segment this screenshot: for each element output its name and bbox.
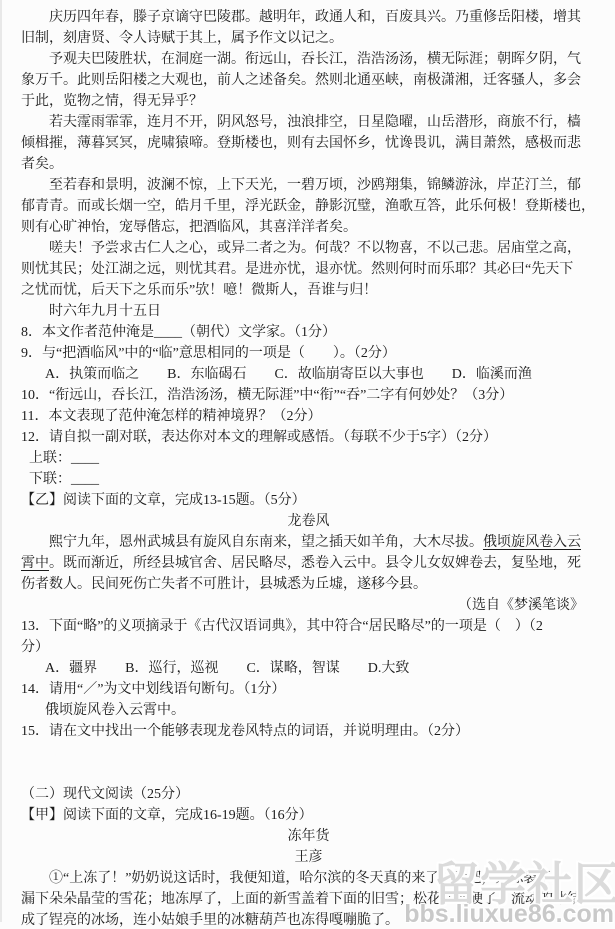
source-attribution: （选自《梦溪笔谈》 [21,595,596,616]
passage-line: 象万千。此则岳阳楼之大观也，前人之述备矣。然则北通巫峡，南极潇湘，迁客骚人，多会 [21,70,596,91]
question-14-quote: 俄顷旋风卷入云霄中。 [21,700,596,721]
question-12: 12．请自拟一副对联，表达你对本文的理解或感悟。（每联不少于5字）（2分） [21,427,596,448]
question-10: 10．“衔远山，吞长江，浩浩汤汤，横无际涯”中“衔”“吞”二字有何妙处？（3分） [21,385,596,406]
passage-line: 旧制，刻唐贤、令人诗赋于其上，属予作文以记之。 [21,28,596,49]
blank-spacer [21,742,596,763]
question-8: 8．本文作者范仲淹是____（朝代）文学家。（1分） [21,322,596,343]
section-c-header: （二）现代文阅读（25分） [21,784,596,805]
question-14: 14．请用“／”为文中划线语句断句。（1分） [21,679,596,700]
passage-line: 至若春和景明，波澜不惊，上下天光，一碧万顷，沙鸥翔集，锦鳞游泳，岸芷汀兰，郁 [21,175,596,196]
passage-date-line: 时六年九月十五日 [21,301,596,322]
question-13-options: A．疆界 B．巡行，巡视 C．谋略，智谋 D.大致 [21,658,596,679]
passage-line: 郁青青。而或长烟一空，皓月千里，浮光跃金，静影沉璧，渔歌互答，此乐何极！登斯楼也… [21,196,596,217]
passage-text: 。既而渐近，所经县城官舍、居民略尽，悉卷入云中。县令儿女奴婢卷去，复坠地，死 [49,556,581,571]
passage-line: 伤者数人。民间死伤亡失者不可胜计，县城悉为丘墟，遂移今县。 [21,574,596,595]
passage-line: 霄中。既而渐近，所经县城官舍、居民略尽，悉卷入云中。县令儿女奴婢卷去，复坠地，死 [21,553,596,574]
exam-page: 庆历四年春，滕子京谪守巴陵郡。越明年，政通人和，百废具兴。乃重修岳阳楼，增其 旧… [0,0,615,922]
question-9: 9．与“把酒临风”中的“临”意思相同的一项是（ ）。（2分） [21,343,596,364]
passage-b-title: 龙卷风 [21,511,596,532]
passage-line: 熙宁九年，恩州武城县有旋风自东南来，望之插天如羊角，大木尽拔。俄顷旋风卷入云 [21,532,596,553]
question-11: 11．本文表现了范仲淹怎样的精神境界？（2分） [21,406,596,427]
passage-line: 予观夫巴陵胜状，在洞庭一湖。衔远山，吞长江，浩浩汤汤，横无际涯；朝晖夕阴，气 [21,49,596,70]
question-13-wrap: 分） [21,637,596,658]
couplet-lower-blank: 下联：____ [21,469,596,490]
question-15: 15．请在文中找出一个能够表现龙卷风特点的词语，并说明理由。（2分） [21,721,596,742]
section-c-sub-header: 【甲】阅读下面的文章，完成16-19题。（16分） [21,805,596,826]
passage-line: 之忧而忧，后天下之乐而乐”欤！噫！微斯人，吾谁与归！ [21,280,596,301]
passage-line: 庆历四年春，滕子京谪守巴陵郡。越明年，政通人和，百废具兴。乃重修岳阳楼，增其 [21,7,596,28]
passage-line: 嗟夫！予尝求古仁人之心，或异二者之为。何哉？不以物喜，不以己悲。居庙堂之高， [21,238,596,259]
section-b-header: 【乙】阅读下面的文章，完成13-15题。（5分） [21,490,596,511]
underlined-text: 霄中 [21,556,49,571]
watermark-url: bbs.liuxue86.com [404,902,614,927]
underlined-text: 俄顷旋风卷入云 [483,535,581,550]
question-9-options: A．执策而临之 B．东临碣石 C．故临崩寄臣以大事也 D．临溪而渔 [21,364,596,385]
passage-line: 则有心旷神怡，宠辱偕忘，把酒临风，其喜洋洋者矣。 [21,217,596,238]
blank-spacer [21,763,596,784]
passage-line: 则忧其民；处江湖之远，则忧其君。是进亦忧，退亦忧。然则何时而乐耶？其必曰“先天下 [21,259,596,280]
passage-line: 于此，览物之情，得无异乎？ [21,91,596,112]
passage-c-title: 冻年货 [21,826,596,847]
passage-line: 者矣。 [21,154,596,175]
question-13: 13．下面“略”的义项摘录于《古代汉语词典》，其中符合“居民略尽”的一项是（ ）… [21,616,596,637]
couplet-upper-blank: 上联：____ [21,448,596,469]
passage-line: 若夫霪雨霏霏，连月不开，阴风怒号，浊浪排空，日星隐曜，山岳潜形，商旅不行，樯 [21,112,596,133]
passage-line: 倾楫摧，薄暮冥冥，虎啸猿啼。登斯楼也，则有去国怀乡，忧谗畏讥，满目萧然，感极而悲 [21,133,596,154]
passage-text: 熙宁九年，恩州武城县有旋风自东南来，望之插天如羊角，大木尽拔。 [49,535,483,550]
